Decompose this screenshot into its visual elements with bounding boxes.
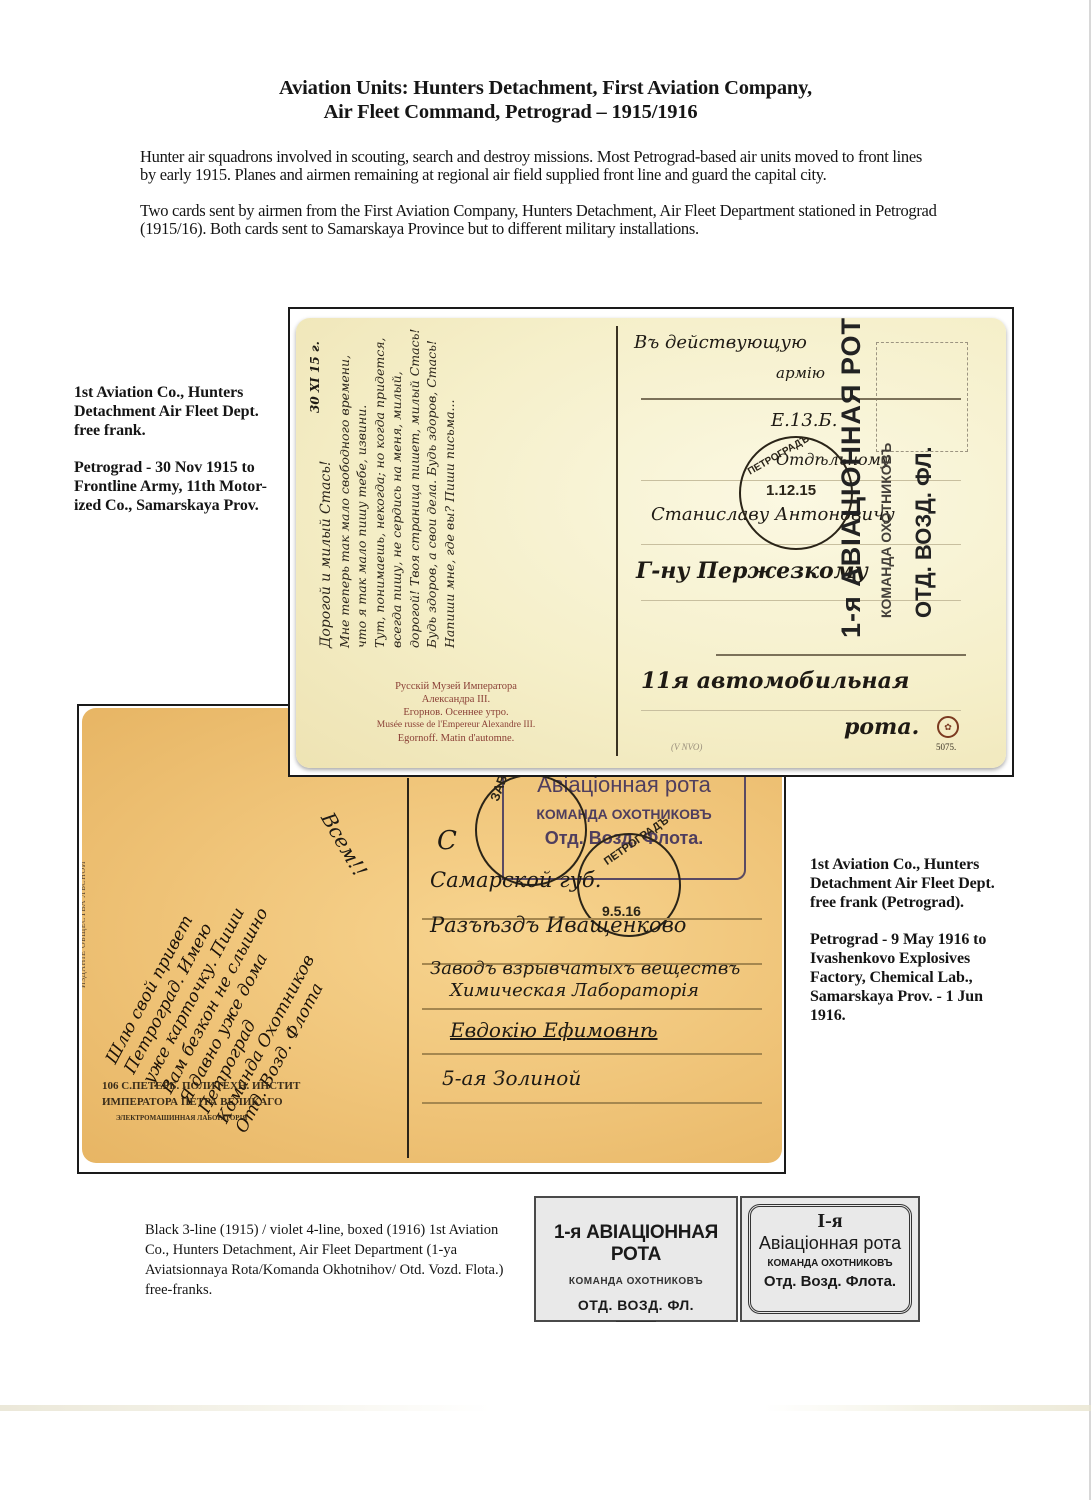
card-1916-print-line-1: 106 С.ПЕТЕРБ. ПОЛИТЕХН. ИНСТИТ (102, 1080, 300, 1092)
card-1915-address-line (641, 710, 961, 711)
intro-text: Hunter air squadrons involved in scoutin… (140, 148, 940, 256)
card-1915-address-2: армію (776, 364, 825, 382)
card-1916-divider (407, 778, 409, 1158)
card-1916-address-6: Евдокiю Ефимовнѣ (450, 1018, 657, 1042)
page-title: Aviation Units: Hunters Detachment, Firs… (0, 76, 1091, 124)
card-1915-pencil-note: (V NVO) (671, 742, 702, 752)
publisher-logo-icon: ✿ (937, 716, 959, 738)
intro-paragraph-1: Hunter air squadrons involved in scoutin… (140, 148, 940, 184)
card-1915-cachet-line-3: ОТД. ВОЗД. ФЛ. (911, 446, 937, 618)
intro-paragraph-2: Two cards sent by airmen from the First … (140, 202, 940, 238)
card-1915-message: Дорогой и милый Стась! Мне теперь так ма… (318, 329, 458, 648)
caption-cachets: Black 3-line (1915) / violet 4-line, box… (145, 1220, 525, 1300)
card-1915-address-line (716, 654, 966, 656)
card-1916-address-line (422, 1102, 762, 1104)
card-1916-address-5: Химическая Лабораторія (450, 980, 699, 1001)
caption-card-1916: 1st Aviation Co., Hunters Detachment Air… (810, 855, 1010, 1043)
caption-1916-description: 1st Aviation Co., Hunters Detachment Air… (810, 855, 1010, 912)
card-1916-print-line-3: ЭЛЕКТРОМАШИННАЯ ЛАБОРАТОРІЯ (116, 1114, 247, 1122)
card-1915-address-6: Г-ну Пержезкому (636, 558, 868, 584)
card-1916-address-1: С (437, 826, 457, 856)
card-1916-address-3: Разъѣздъ Иващенково (430, 913, 686, 937)
card-1916-address-line (422, 1008, 762, 1010)
card-1916-side-print: ИЗДАНІЕ ОБЩЕСТВА ЛѢСНОЙ (82, 861, 87, 988)
card-1915-address-line (641, 398, 961, 400)
card-1915-address-3: Е.13.Б. (771, 410, 837, 431)
caption-card-1915: 1st Aviation Co., Hunters Detachment Air… (74, 383, 279, 533)
card-1916-address-line (422, 1053, 762, 1055)
cachet-sample-violet: I-я Авіаціонная рота КОМАНДА ОХОТНИКОВЪ … (740, 1196, 920, 1322)
caption-1915-description: 1st Aviation Co., Hunters Detachment Air… (74, 383, 279, 440)
card-1915-address-8: рота. (844, 714, 919, 740)
card-1916-address-4: Заводъ взрывчатыхъ веществъ (430, 958, 740, 979)
card-1915-cachet-line-1: 1-я АВІАЦІОННАЯ РОТА (836, 318, 867, 638)
card-1915-address-1: Въ действующую (634, 332, 807, 353)
card-1915-printer-caption: Русскій Музей Императора Александра III.… (306, 680, 606, 745)
card-1915-address-7: 11я автомобильная (641, 668, 909, 694)
scan-artifact (0, 1405, 1091, 1411)
card-1916-greeting-end: Всем!! (316, 808, 372, 881)
cachet-sample-black: 1-я АВІАЦІОННАЯ РОТА КОМАНДА ОХОТНИКОВЪ … (534, 1196, 738, 1322)
card-1915-number: 5075. (936, 742, 956, 752)
card-1916-address-7: 5-ая Золиной (442, 1066, 581, 1090)
caption-1915-route: Petrograd - 30 Nov 1915 to Frontline Arm… (74, 458, 279, 515)
postcard-1915: 30 XI 15 г. Дорогой и милый Стась! Мне т… (296, 318, 1006, 768)
card-1915-stamp-box (876, 342, 968, 452)
card-1916-address-2: Самарской губ. (430, 868, 601, 892)
card-1915-divider (616, 326, 618, 756)
title-line-1: Aviation Units: Hunters Detachment, Firs… (0, 76, 1091, 100)
caption-1916-route: Petrograd - 9 May 1916 to Ivashenkovo Ex… (810, 930, 1010, 1025)
card-1915-postmark-date: 1.12.15 (766, 482, 816, 499)
card-1916-print-line-2: ИМПЕРАТОРА ПЕТРА ВЕЛИКАГО (102, 1096, 283, 1108)
card-1915-cachet-line-2: КОМАНДА ОХОТНИКОВЪ (878, 443, 894, 618)
title-line-2: Air Fleet Command, Petrograd – 1915/1916 (0, 100, 1091, 124)
